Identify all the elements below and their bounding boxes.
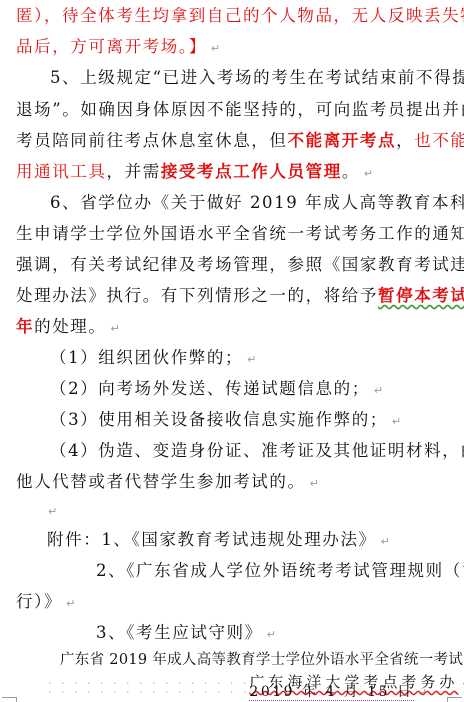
text: 。 [342,162,360,181]
attachment-line: 2、《广东省成人学位外语统考考试管理规则（试 [96,561,464,581]
signature-date: 2019 年 4 月 15 日 [249,684,413,701]
paragraph-mark-icon: ↵ [48,505,57,518]
page-corner-mark [2,697,17,702]
list-item: （2）向考场外发送、传递试题信息的；↵ [50,379,383,401]
text: 匿），待全体考生均拿到自己的个人物品，无人反映丢失物 [16,6,464,25]
paragraph-mark-icon: ↵ [247,353,256,366]
emphasis-text: 也不能使 [414,131,464,150]
paragraph-line: 考员陪同前往考点休息室休息，但不能离开考点，也不能使 [16,131,464,151]
attachment-line: 附件：1、《国家教育考试违规处理办法》↵ [47,530,390,552]
paragraph-line: 用通讯工具，并需接受考点工作人员管理。↵ [16,162,373,184]
text: 的处理。 [34,317,106,336]
text: （4）伪造、变造身份证、准考证及其他证明材料，由 [50,441,464,460]
text: 处理办法》执行。有下列情形之一的，将给予 [16,286,378,305]
attachment-2: 2、《广东省成人学位外语统考考试管理规则（试 [96,561,464,580]
paragraph-line: 退场”。如确因身体原因不能坚持的，可向监考员提出并由监 [16,100,464,120]
paragraph-mark-icon: ↵ [111,322,120,335]
paragraph-line: 生申请学士学位外国语水平全省统一考试考务工作的通知》 [16,224,464,244]
paragraph-line: 品后，方可离开考场。】↵ [16,37,220,59]
paragraph-mark-icon: ↵ [374,384,383,397]
emphasis-text: 暂停本考试 3 [378,286,464,305]
paragraph-mark-icon: ↵ [381,535,390,548]
text: （2）向考场外发送、传递试题信息的； [50,379,370,398]
paragraph-line: 强调，有关考试纪律及考场管理，参照《国家教育考试违规 [16,255,464,275]
text: ， [396,131,414,150]
text: （3）使用相关设备接收信息实施作弊的； [50,410,388,429]
paragraph-mark-icon: ↵ [392,415,401,428]
list-item-continuation: 他人代替或者代替学生参加考试的。↵ [16,472,319,494]
text: 考员陪同前往考点休息室休息，但 [16,131,288,150]
empty-paragraph: ↵ [44,500,57,522]
paragraph-line: 年的处理。↵ [16,317,120,339]
text: 他人代替或者代替学生参加考试的。 [16,472,306,491]
text: 6、省学位办《关于做好 2019 年成人高等教育本科毕业 [50,193,464,212]
attachment-1: 1、《国家教育考试违规处理办法》 [101,530,376,549]
paragraph-mark-icon: ↵ [211,42,220,55]
attachment-line: 3、《考生应试守则》↵ [96,623,276,645]
list-item: （1）组织团伙作弊的；↵ [50,348,256,370]
signature-org-line: 广东省 2019 年成人高等教育学士学位外语水平全省统一考试↵ [60,650,464,671]
paragraph-mark-icon: ↵ [418,686,427,699]
emphasis-text: 不能离开考点 [288,131,397,150]
text: 退场”。如确因身体原因不能坚持的，可向监考员提出并由监 [16,100,464,119]
text: （1）组织团伙作弊的； [50,348,243,367]
attachment-2-cont: 行）》 [16,592,62,611]
emphasis-text: 年 [16,317,34,336]
attachment-3: 3、《考生应试守则》 [96,623,263,642]
paragraph-line: 匿），待全体考生均拿到自己的个人物品，无人反映丢失物 [16,6,464,26]
signature-org: 广东省 2019 年成人高等教育学士学位外语水平全省统一考试 [60,652,463,668]
list-item: （4）伪造、变造身份证、准考证及其他证明材料，由 [50,441,464,461]
paragraph-mark-icon: ↵ [267,628,276,641]
document-page: 匿），待全体考生均拿到自己的个人物品，无人反映丢失物 品后，方可离开考场。】↵ … [0,0,464,702]
text: 强调，有关考试纪律及考场管理，参照《国家教育考试违规 [16,255,464,274]
paragraph-line: 6、省学位办《关于做好 2019 年成人高等教育本科毕业 [50,193,464,213]
attachments-label: 附件： [47,530,101,549]
paragraph-line: 5、上级规定“已进入考场的考生在考试结束前不得提前 [50,68,464,88]
signature-date-line: · · · · · · · · · · · · · · · ·2019 年 4 … [48,682,427,702]
emphasis-text: 用通讯工具 [16,162,107,181]
paragraph-mark-icon: ↵ [364,167,373,180]
emphasis-text: 接受考点工作人员管理 [161,162,342,181]
text: 生申请学士学位外国语水平全省统一考试考务工作的通知》 [16,224,464,243]
paragraph-line: 处理办法》执行。有下列情形之一的，将给予暂停本考试 3 [16,286,464,306]
paragraph-mark-icon: ↵ [66,597,75,610]
text: ，并需 [107,162,161,181]
text: 5、上级规定“已进入考场的考生在考试结束前不得提前 [50,68,464,87]
paragraph-mark-icon: ↵ [310,477,319,490]
text: 品后，方可离开考场。】 [16,37,207,56]
attachment-line: 行）》↵ [16,592,75,614]
list-item: （3）使用相关设备接收信息实施作弊的；↵ [50,410,401,432]
page-corner-mark [447,697,462,702]
leader-dots: · · · · · · · · · · · · · · · · [48,686,249,699]
